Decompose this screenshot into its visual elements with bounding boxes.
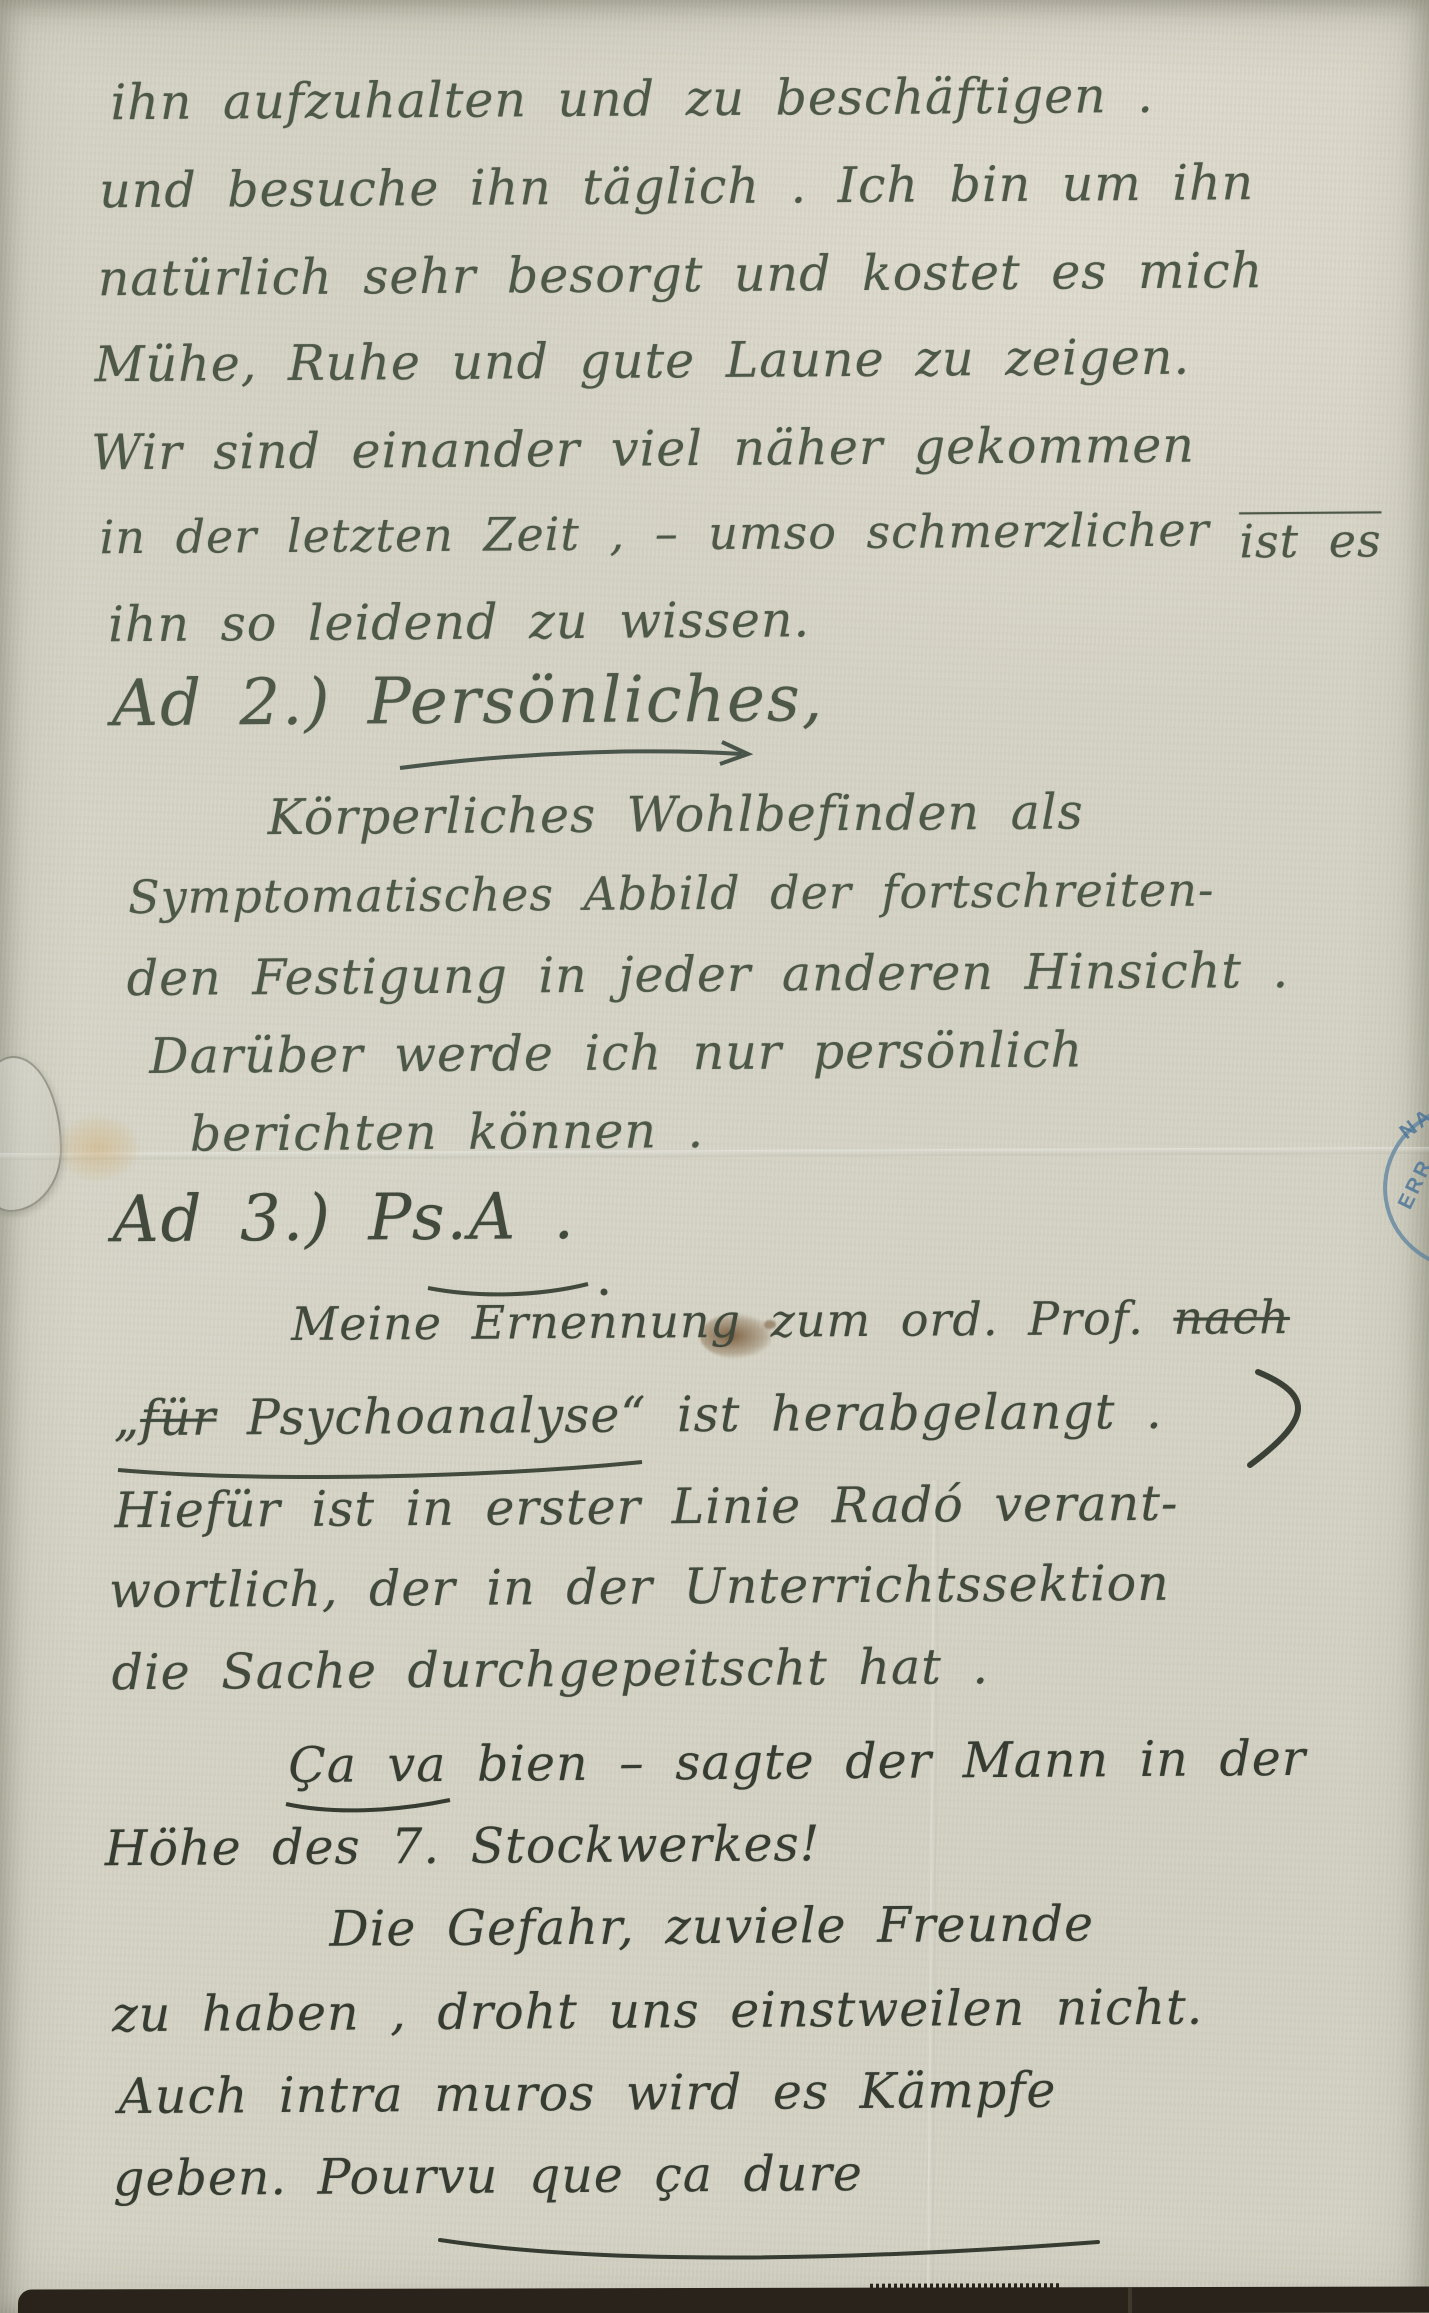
handwriting-segment: Meine Ernennung zum ord. Prof. — [291, 1291, 1174, 1351]
handwriting-segment: in der letzten Zeit , – umso schmerzlich… — [99, 502, 1239, 564]
scan-edge-seam — [1128, 2287, 1132, 2313]
section-heading: Ad 3.) Ps.A . — [112, 1185, 576, 1252]
letter-scan-page: ERR. NA ihn aufzuhalten und zu beschäfti… — [0, 0, 1429, 2313]
handwriting-line: Wir sind einander viel näher gekommen — [91, 421, 1195, 478]
scan-edge-strip — [18, 2287, 1429, 2313]
handwriting-line: Die Gefahr, zuviele Freunde — [329, 1899, 1094, 1953]
handwriting-line: natürlich sehr besorgt und kostet es mic… — [98, 246, 1264, 303]
handwriting-line: Ça va bien – sagte der Mann in der — [288, 1734, 1306, 1790]
handwriting-line: berichten können . — [190, 1106, 705, 1159]
handwriting-segment-overline: ist es — [1239, 513, 1382, 568]
handwriting-line: Meine Ernennung zum ord. Prof. nach — [291, 1294, 1290, 1347]
handwriting-line: geben. Pourvu que ça dure — [113, 2149, 863, 2203]
scan-edge-serration — [870, 2283, 1060, 2288]
handwriting-line: zu haben , droht uns einstweilen nicht. — [112, 1983, 1204, 2040]
handwriting-line: Mühe, Ruhe und gute Laune zu zeigen. — [94, 333, 1190, 390]
handwriting-line: Symptomatisches Abbild der fortschreiten… — [128, 867, 1215, 921]
handwriting-line: ihn aufzuhalten und zu beschäftigen . — [110, 71, 1154, 127]
handwriting-line: die Sache durchgepeitscht hat . — [111, 1642, 989, 1697]
handwriting-line: Körperliches Wohlbefinden als — [267, 787, 1083, 842]
handwriting-line: in der letzten Zeit , – umso schmerzlich… — [100, 505, 1382, 560]
handwriting-line: „für Psychoanalyse“ ist herabgelangt . — [114, 1387, 1163, 1443]
handwriting-line: Höhe des 7. Stockwerkes! — [105, 1819, 821, 1873]
handwriting-line: Auch intra muros wird es Kämpfe — [118, 2066, 1056, 2122]
handwriting-segment: Psychoanalyse“ ist herabgelangt . — [216, 1383, 1163, 1447]
handwriting-line: Darüber werde ich nur persönlich — [149, 1025, 1083, 1081]
handwriting-line: wortlich, der in der Unterrichtssektion — [109, 1559, 1170, 1615]
handwriting-lines: ihn aufzuhalten und zu beschäftigen .und… — [0, 0, 1429, 2313]
handwriting-line: und besuche ihn täglich . Ich bin um ihn — [99, 158, 1254, 215]
handwriting-line: ihn so leidend zu wissen. — [108, 595, 810, 649]
section-heading: Ad 2.) Persönliches, — [112, 667, 825, 736]
handwriting-segment-strike: nach — [1173, 1290, 1290, 1345]
handwriting-line: Hiefür ist in erster Linie Radó verant- — [114, 1479, 1178, 1535]
handwriting-line: den Festigung in jeder anderen Hinsicht … — [127, 946, 1290, 1003]
handwriting-segment: „ — [114, 1390, 141, 1447]
handwriting-segment-strike: für — [140, 1389, 217, 1447]
